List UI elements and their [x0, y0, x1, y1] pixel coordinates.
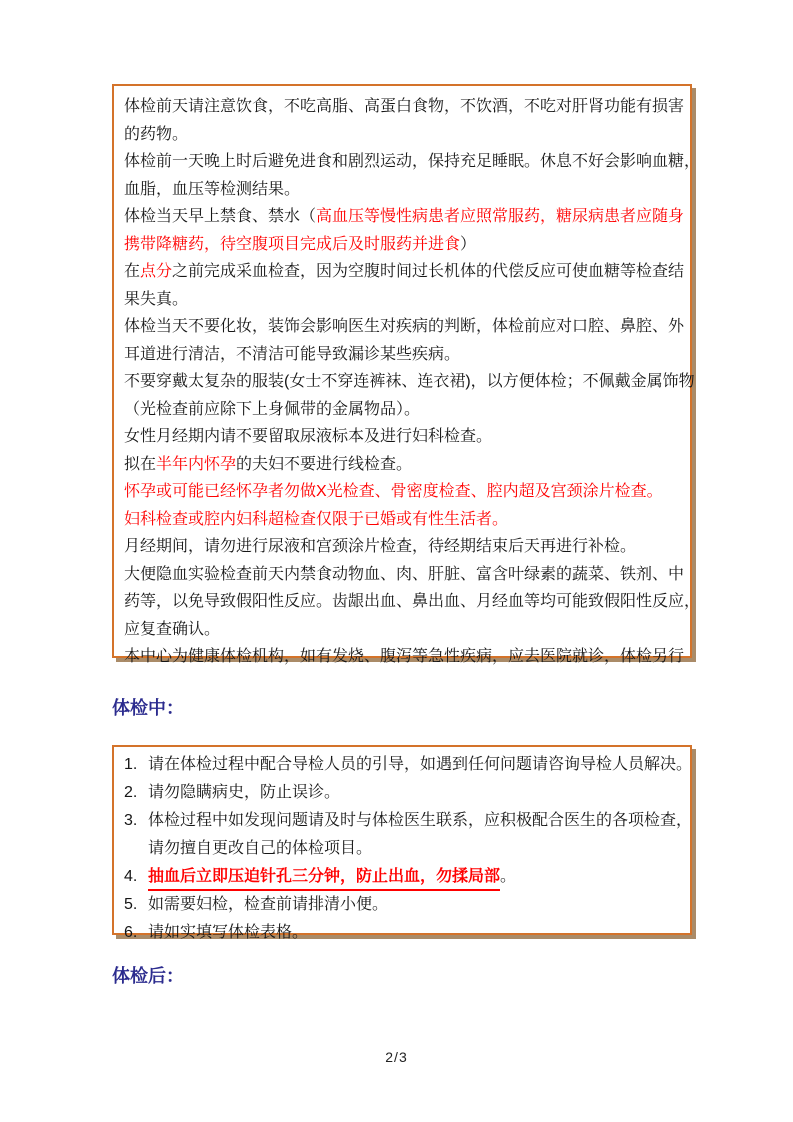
highlight-segment: 半年内怀孕	[156, 456, 236, 473]
notice-line: 血脂，血压等检测结果。	[124, 176, 682, 204]
notice-line: 应复查确认。	[124, 616, 682, 644]
text-segment: 拟在	[124, 456, 156, 473]
text-segment: 果失真。	[124, 291, 188, 308]
text-segment: 的药物。	[124, 126, 188, 143]
notice-line: 月经期间，请勿进行尿液和宫颈涂片检查，待经期结束后天再进行补检。	[124, 533, 682, 561]
notice-line: 耳道进行清洁，不清洁可能导致漏诊某些疾病。	[124, 341, 682, 369]
notice-line: （光检查前应除下上身佩带的金属物品）。	[124, 396, 682, 424]
instruction-item: 2.请勿隐瞒病史，防止误诊。	[124, 779, 682, 807]
notice-line: 怀孕或可能已经怀孕者勿做X光检查、骨密度检查、腔内超及宫颈涂片检查。	[124, 478, 682, 506]
text-segment: 请勿擅自更改自己的体检项目。	[148, 835, 372, 863]
notice-line: 体检当天早上禁食、禁水（高血压等慢性病患者应照常服药，糖尿病患者应随身	[124, 203, 682, 231]
pre-exam-notice-box: 体检前天请注意饮食，不吃高脂、高蛋白食物，不饮酒，不吃对肝肾功能有损害 的药物。…	[112, 84, 692, 658]
page-number: 2/3	[0, 1049, 793, 1065]
notice-line: 女性月经期内请不要留取尿液标本及进行妇科检查。	[124, 423, 682, 451]
notice-line: 拟在半年内怀孕的夫妇不要进行线检查。	[124, 451, 682, 479]
text-segment: 大便隐血实验检查前天内禁食动物血、肉、肝脏、富含叶绿素的蔬菜、铁剂、中	[124, 566, 684, 583]
item-number: 3.	[124, 807, 148, 835]
notice-line: 携带降糖药，待空腹项目完成后及时服药并进食）	[124, 231, 682, 259]
highlight-segment: 抽血后立即压迫针孔三分钟，防止出血，勿揉局部	[148, 863, 500, 891]
text-segment: 的夫妇不要进行线检查。	[236, 456, 412, 473]
text-segment: 请如实填写体检表格。	[148, 919, 308, 947]
text-segment: 之前完成采血检查，因为空腹时间过长机体的代偿反应可使血糖等检查结	[172, 263, 684, 280]
text-segment: 女性月经期内请不要留取尿液标本及进行妇科检查。	[124, 428, 492, 445]
notice-line: 的药物。	[124, 121, 682, 149]
item-number: 4.	[124, 863, 148, 891]
notice-line: 体检前天请注意饮食，不吃高脂、高蛋白食物，不饮酒，不吃对肝肾功能有损害	[124, 93, 682, 121]
highlight-segment: 怀孕或可能已经怀孕者勿做X光检查、骨密度检查、腔内超及宫颈涂片检查。	[124, 483, 663, 500]
text-segment: 月经期间，请勿进行尿液和宫颈涂片检查，待经期结束后天再进行补检。	[124, 538, 636, 555]
instruction-item: 4.抽血后立即压迫针孔三分钟，防止出血，勿揉局部。	[124, 863, 682, 891]
text-segment: 本中心为健康体检机构，如有发烧、腹泻等急性疾病，应去医院就诊，体检另行	[124, 648, 684, 665]
text-segment: 。	[500, 863, 516, 891]
section-heading-during: 体检中：	[112, 696, 184, 720]
text-segment: ）	[460, 236, 476, 253]
text-segment: 如需要妇检，检查前请排清小便。	[148, 891, 388, 919]
notice-line: 体检当天不要化妆，装饰会影响医生对疾病的判断，体检前应对口腔、鼻腔、外	[124, 313, 682, 341]
text-segment: 耳道进行清洁，不清洁可能导致漏诊某些疾病。	[124, 346, 460, 363]
notice-line: 大便隐血实验检查前天内禁食动物血、肉、肝脏、富含叶绿素的蔬菜、铁剂、中	[124, 561, 682, 589]
item-number: 5.	[124, 891, 148, 919]
instruction-item: 3.体检过程中如发现问题请及时与体检医生联系，应积极配合医生的各项检查，	[124, 807, 682, 835]
notice-line: 在点分之前完成采血检查，因为空腹时间过长机体的代偿反应可使血糖等检查结	[124, 258, 682, 286]
instruction-item: 1.请在体检过程中配合导检人员的引导，如遇到任何问题请咨询导检人员解决。	[124, 751, 682, 779]
instruction-item-continuation: 请勿擅自更改自己的体检项目。	[124, 835, 682, 863]
text-segment: 血脂，血压等检测结果。	[124, 181, 300, 198]
instruction-item: 6.请如实填写体检表格。	[124, 919, 682, 947]
text-segment: 体检过程中如发现问题请及时与体检医生联系，应积极配合医生的各项检查，	[148, 807, 692, 835]
item-number: 2.	[124, 779, 148, 807]
highlight-segment: 携带降糖药，待空腹项目完成后及时服药并进食	[124, 236, 460, 253]
highlight-segment: 高血压等慢性病患者应照常服药，糖尿病患者应随身	[316, 208, 684, 225]
section-heading-after: 体检后：	[112, 964, 184, 988]
text-segment: 药等，以免导致假阳性反应。齿龈出血、鼻出血、月经血等均可能致假阳性反应，	[124, 593, 700, 610]
item-number: 1.	[124, 751, 148, 779]
text-segment: （光检查前应除下上身佩带的金属物品）。	[124, 401, 420, 418]
text-segment: 体检当天不要化妆，装饰会影响医生对疾病的判断，体检前应对口腔、鼻腔、外	[124, 318, 684, 335]
text-segment: 应复查确认。	[124, 621, 220, 638]
notice-line: 本中心为健康体检机构，如有发烧、腹泻等急性疾病，应去医院就诊，体检另行	[124, 643, 682, 671]
item-number: 6.	[124, 919, 148, 947]
text-segment: 不要穿戴太复杂的服装(女士不穿连裤袜、连衣裙)，以方便体检；不佩戴金属饰物	[124, 373, 695, 390]
highlight-segment: 妇科检查或腔内妇科超检查仅限于已婚或有性生活者。	[124, 511, 508, 528]
notice-line: 妇科检查或腔内妇科超检查仅限于已婚或有性生活者。	[124, 506, 682, 534]
text-segment: 请在体检过程中配合导检人员的引导，如遇到任何问题请咨询导检人员解决。	[148, 751, 692, 779]
item-number	[124, 835, 148, 863]
notice-line: 果失真。	[124, 286, 682, 314]
text-segment: 体检当天早上禁食、禁水（	[124, 208, 316, 225]
text-segment: 体检前一天晚上时后避免进食和剧烈运动，保持充足睡眠。休息不好会影响血糖，	[124, 153, 700, 170]
notice-line: 体检前一天晚上时后避免进食和剧烈运动，保持充足睡眠。休息不好会影响血糖，	[124, 148, 682, 176]
highlight-segment: 点分	[140, 263, 172, 280]
text-segment: 体检前天请注意饮食，不吃高脂、高蛋白食物，不饮酒，不吃对肝肾功能有损害	[124, 98, 684, 115]
during-exam-instructions-box: 1.请在体检过程中配合导检人员的引导，如遇到任何问题请咨询导检人员解决。 2.请…	[112, 745, 692, 935]
notice-line: 药等，以免导致假阳性反应。齿龈出血、鼻出血、月经血等均可能致假阳性反应，	[124, 588, 682, 616]
text-segment: 在	[124, 263, 140, 280]
notice-line: 不要穿戴太复杂的服装(女士不穿连裤袜、连衣裙)，以方便体检；不佩戴金属饰物	[124, 368, 682, 396]
instruction-item: 5.如需要妇检，检查前请排清小便。	[124, 891, 682, 919]
text-segment: 请勿隐瞒病史，防止误诊。	[148, 779, 340, 807]
